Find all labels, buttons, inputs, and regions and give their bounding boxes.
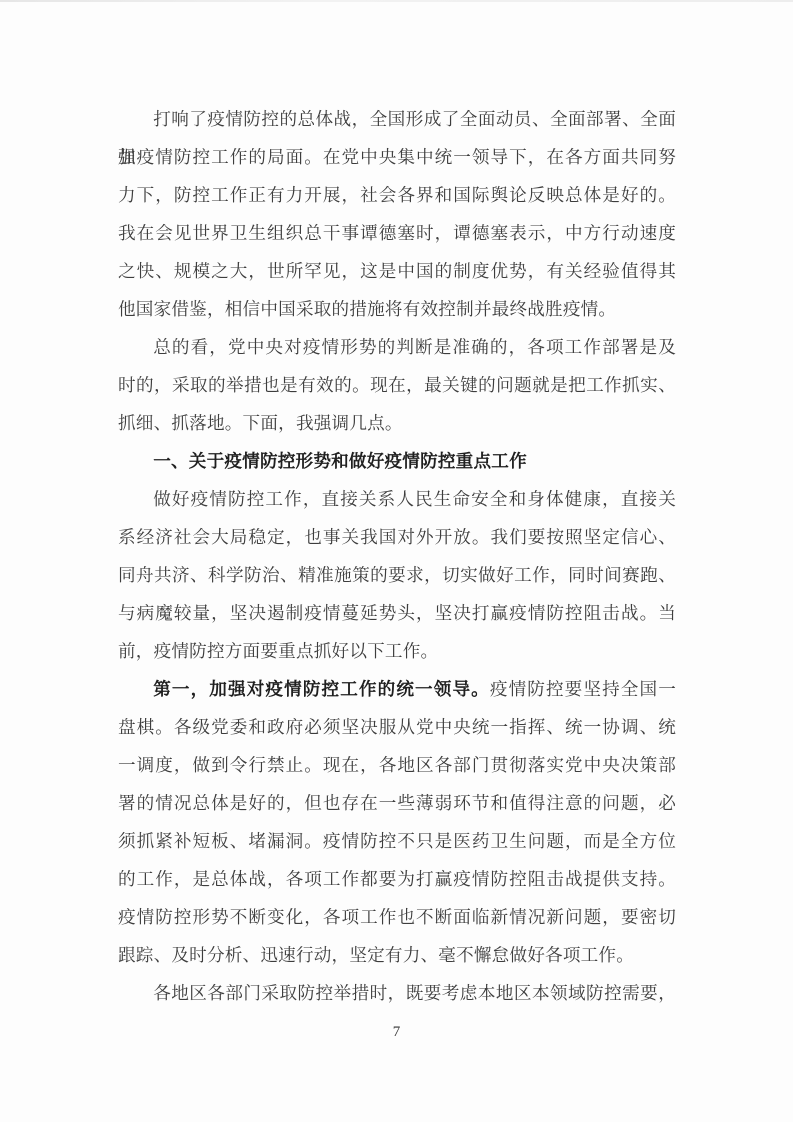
text-run: 之快、规模之大，世所罕见，这是中国的制度优势，有关经验值得其 xyxy=(118,261,676,281)
text-line: 与病魔较量，坚决遏制疫情蔓延势头，坚决打赢疫情防控阻击战。当 xyxy=(118,594,676,632)
document-body: 打响了疫情防控的总体战，全国形成了全面动员、全面部署、全面加强疫情防控工作的局面… xyxy=(118,100,676,1012)
scan-edge-artifact xyxy=(0,0,793,2)
text-line: 强疫情防控工作的局面。在党中央集中统一领导下，在各方面共同努 xyxy=(118,138,676,176)
text-line: 第一，加强对疫情防控工作的统一领导。疫情防控要坚持全国一 xyxy=(118,670,676,708)
bold-text-run: 一、关于疫情防控形势和做好疫情防控重点工作 xyxy=(153,451,527,471)
text-line: 的工作，是总体战，各项工作都要为打赢疫情防控阻击战提供支持。 xyxy=(118,860,676,898)
text-line: 须抓紧补短板、堵漏洞。疫情防控不只是医药卫生问题，而是全方位 xyxy=(118,822,676,860)
text-line: 前，疫情防控方面要重点抓好以下工作。 xyxy=(118,632,676,670)
text-line: 他国家借鉴，相信中国采取的措施将有效控制并最终战胜疫情。 xyxy=(118,290,676,328)
text-line: 疫情防控形势不断变化，各项工作也不断面临新情况新问题，要密切 xyxy=(118,898,676,936)
text-run: 力下，防控工作正有力开展，社会各界和国际舆论反映总体是好的。 xyxy=(118,185,676,205)
text-run: 时的，采取的举措也是有效的。现在，最关键的问题就是把工作抓实、 xyxy=(118,375,676,395)
text-line: 力下，防控工作正有力开展，社会各界和国际舆论反映总体是好的。 xyxy=(118,176,676,214)
text-run: 做好疫情防控工作，直接关系人民生命安全和身体健康，直接关 xyxy=(153,489,676,509)
text-run: 我在会见世界卫生组织总干事谭德塞时，谭德塞表示，中方行动速度 xyxy=(118,223,676,243)
text-line: 各地区各部门采取防控举措时，既要考虑本地区本领域防控需要， xyxy=(118,974,676,1012)
text-line: 我在会见世界卫生组织总干事谭德塞时，谭德塞表示，中方行动速度 xyxy=(118,214,676,252)
text-run: 的工作，是总体战，各项工作都要为打赢疫情防控阻击战提供支持。 xyxy=(118,869,676,889)
text-run: 一调度，做到令行禁止。现在，各地区各部门贯彻落实党中央决策部 xyxy=(118,755,676,775)
text-run: 同舟共济、科学防治、精准施策的要求，切实做好工作，同时间赛跑、 xyxy=(118,565,676,585)
text-line: 署的情况总体是好的，但也存在一些薄弱环节和值得注意的问题，必 xyxy=(118,784,676,822)
text-line: 做好疫情防控工作，直接关系人民生命安全和身体健康，直接关 xyxy=(118,480,676,518)
text-run: 各地区各部门采取防控举措时，既要考虑本地区本领域防控需要， xyxy=(153,983,676,1003)
paragraph: 做好疫情防控工作，直接关系人民生命安全和身体健康，直接关系经济社会大局稳定，也事… xyxy=(118,480,676,670)
text-run: 须抓紧补短板、堵漏洞。疫情防控不只是医药卫生问题，而是全方位 xyxy=(118,831,676,851)
section-heading: 一、关于疫情防控形势和做好疫情防控重点工作 xyxy=(118,442,676,480)
text-run: 盘棋。各级党委和政府必须坚决服从党中央统一指挥、统一协调、统 xyxy=(118,717,676,737)
text-line: 同舟共济、科学防治、精准施策的要求，切实做好工作，同时间赛跑、 xyxy=(118,556,676,594)
text-line: 一、关于疫情防控形势和做好疫情防控重点工作 xyxy=(118,442,676,480)
text-line: 时的，采取的举措也是有效的。现在，最关键的问题就是把工作抓实、 xyxy=(118,366,676,404)
text-run: 他国家借鉴，相信中国采取的措施将有效控制并最终战胜疫情。 xyxy=(118,299,616,319)
paragraph: 总的看，党中央对疫情形势的判断是准确的，各项工作部署是及时的，采取的举措也是有效… xyxy=(118,328,676,442)
text-run: 疫情防控形势不断变化，各项工作也不断面临新情况新问题，要密切 xyxy=(118,907,676,927)
text-run: 抓细、抓落地。下面，我强调几点。 xyxy=(118,413,403,433)
paragraph: 打响了疫情防控的总体战，全国形成了全面动员、全面部署、全面加强疫情防控工作的局面… xyxy=(118,100,676,328)
text-run: 与病魔较量，坚决遏制疫情蔓延势头，坚决打赢疫情防控阻击战。当 xyxy=(118,603,676,623)
text-line: 打响了疫情防控的总体战，全国形成了全面动员、全面部署、全面加 xyxy=(118,100,676,138)
text-line: 跟踪、及时分析、迅速行动，坚定有力、毫不懈怠做好各项工作。 xyxy=(118,936,676,974)
document-page: 打响了疫情防控的总体战，全国形成了全面动员、全面部署、全面加强疫情防控工作的局面… xyxy=(0,0,793,1122)
text-run: 总的看，党中央对疫情形势的判断是准确的，各项工作部署是及 xyxy=(153,337,676,357)
text-line: 系经济社会大局稳定，也事关我国对外开放。我们要按照坚定信心、 xyxy=(118,518,676,556)
paragraph: 各地区各部门采取防控举措时，既要考虑本地区本领域防控需要， xyxy=(118,974,676,1012)
paragraph: 第一，加强对疫情防控工作的统一领导。疫情防控要坚持全国一盘棋。各级党委和政府必须… xyxy=(118,670,676,974)
text-line: 一调度，做到令行禁止。现在，各地区各部门贯彻落实党中央决策部 xyxy=(118,746,676,784)
text-run: 系经济社会大局稳定，也事关我国对外开放。我们要按照坚定信心、 xyxy=(118,527,676,547)
text-line: 总的看，党中央对疫情形势的判断是准确的，各项工作部署是及 xyxy=(118,328,676,366)
text-line: 抓细、抓落地。下面，我强调几点。 xyxy=(118,404,676,442)
text-run: 署的情况总体是好的，但也存在一些薄弱环节和值得注意的问题，必 xyxy=(118,793,676,813)
text-run: 前，疫情防控方面要重点抓好以下工作。 xyxy=(118,641,438,661)
text-run: 疫情防控要坚持全国一 xyxy=(490,679,676,699)
text-run: 强疫情防控工作的局面。在党中央集中统一领导下，在各方面共同努 xyxy=(118,147,676,167)
text-run: 跟踪、及时分析、迅速行动，坚定有力、毫不懈怠做好各项工作。 xyxy=(118,945,634,965)
text-line: 盘棋。各级党委和政府必须坚决服从党中央统一指挥、统一协调、统 xyxy=(118,708,676,746)
bold-text-run: 第一，加强对疫情防控工作的统一领导。 xyxy=(153,679,490,699)
page-number: 7 xyxy=(0,1022,793,1042)
text-line: 之快、规模之大，世所罕见，这是中国的制度优势，有关经验值得其 xyxy=(118,252,676,290)
